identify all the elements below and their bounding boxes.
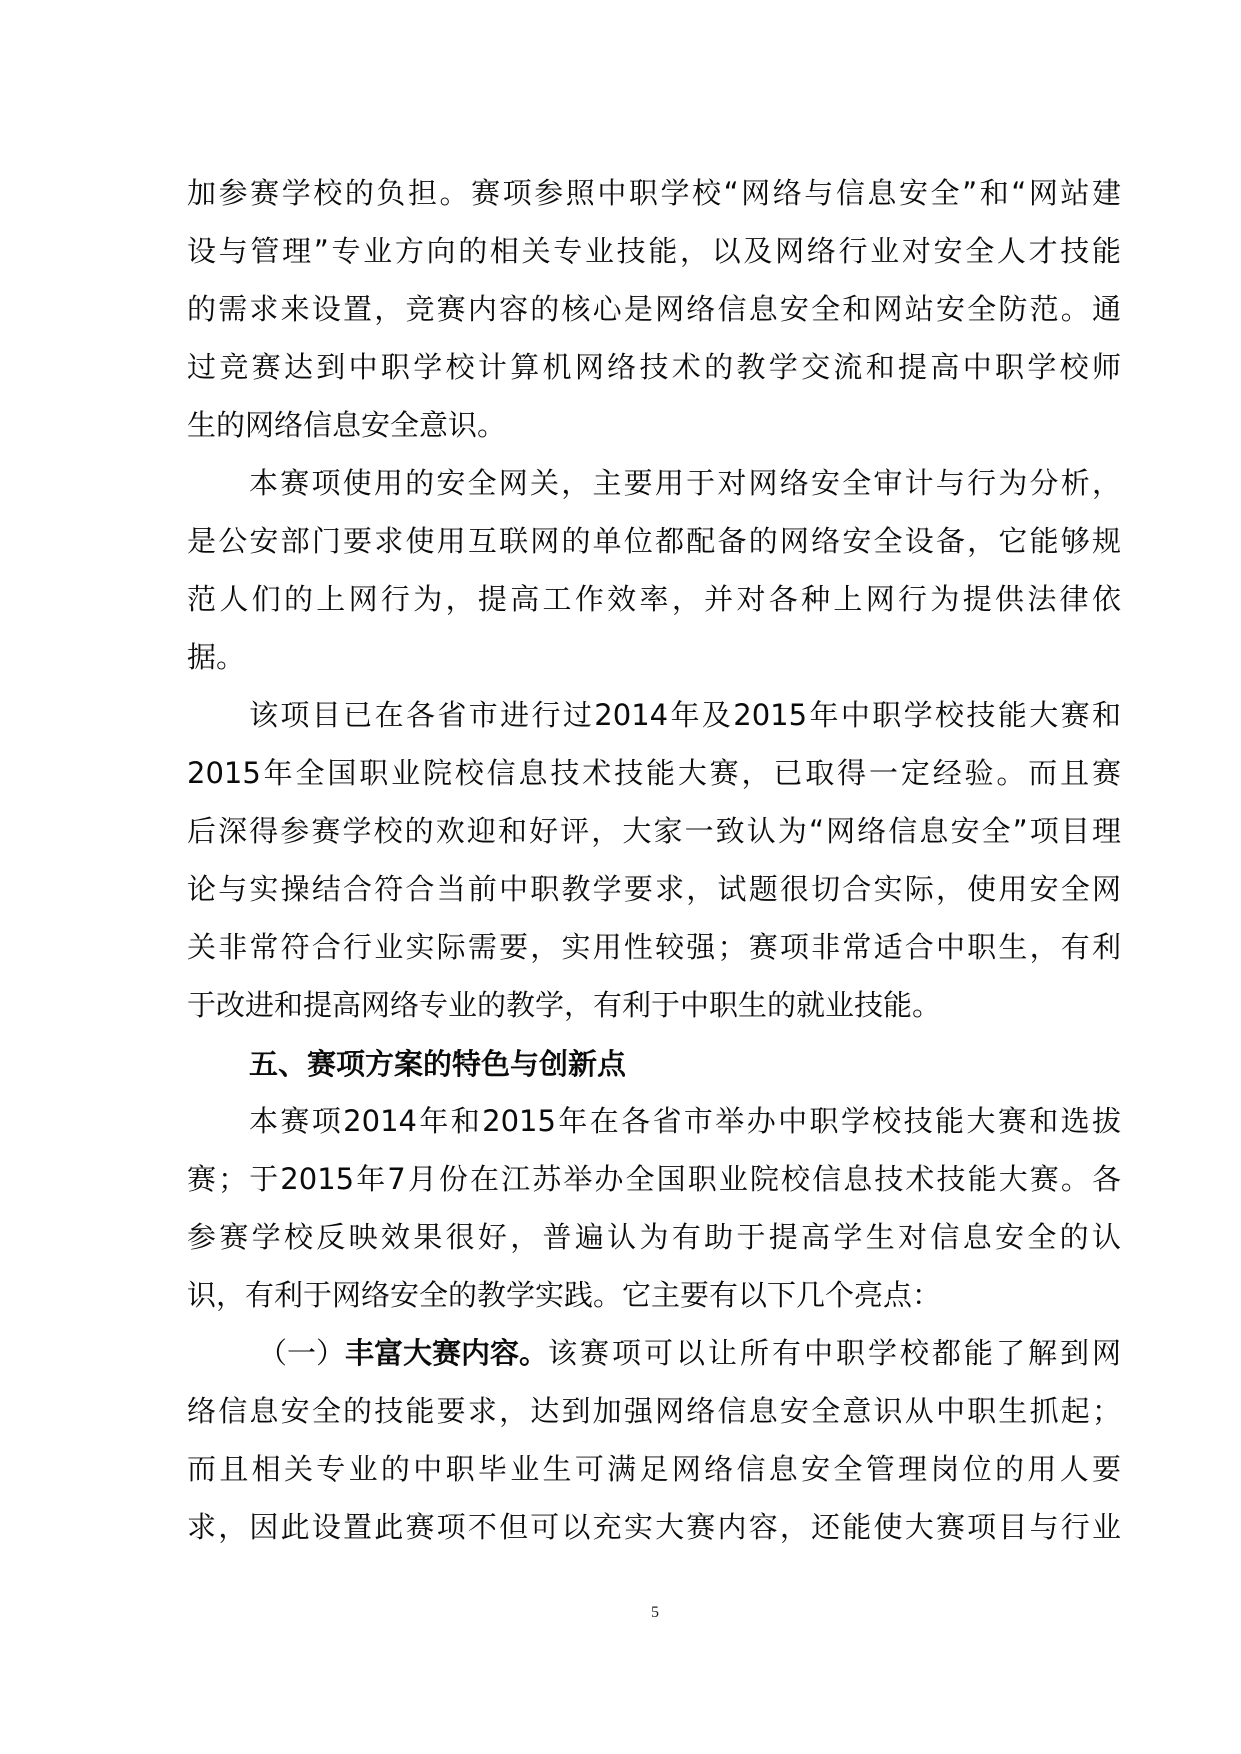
body-line: 识，有利于网络安全的教学实践。它主要有以下几个亮点： [187, 1275, 1121, 1315]
body-line: 过竞赛达到中职学校计算机网络技术的教学交流和提高中职学校师 [187, 347, 1121, 387]
section-heading: 五、赛项方案的特色与创新点 [249, 1044, 1121, 1084]
body-line: 关非常符合行业实际需要，实用性较强；赛项非常适合中职生，有利 [187, 927, 1121, 967]
item-title: 丰富大赛内容。 [345, 1336, 548, 1370]
body-line: 络信息安全的技能要求，达到加强网络信息安全意识从中职生抓起； [187, 1391, 1121, 1431]
body-line: 而且相关专业的中职毕业生可满足网络信息安全管理岗位的用人要 [187, 1449, 1121, 1489]
page-number: 5 [640, 1604, 670, 1622]
body-line: 据。 [187, 637, 1121, 677]
body-line: 后深得参赛学校的欢迎和好评，大家一致认为“网络信息安全”项目理 [187, 811, 1121, 851]
body-line: 该项目已在各省市进行过2014年及2015年中职学校技能大赛和 [249, 695, 1121, 735]
body-line: 加参赛学校的负担。赛项参照中职学校“网络与信息安全”和“网站建 [187, 173, 1121, 213]
body-line: 求，因此设置此赛项不但可以充实大赛内容，还能使大赛项目与行业 [187, 1507, 1121, 1547]
body-line: 2015年全国职业院校信息技术技能大赛，已取得一定经验。而且赛 [187, 753, 1121, 793]
item-text: 该赛项可以让所有中职学校都能了解到网 [548, 1333, 1121, 1373]
body-line: 是公安部门要求使用互联网的单位都配备的网络安全设备，它能够规 [187, 521, 1121, 561]
body-line: 于改进和提高网络专业的教学，有利于中职生的就业技能。 [187, 985, 1121, 1025]
item-number: （一） [258, 1336, 345, 1370]
body-line: 本赛项使用的安全网关，主要用于对网络安全审计与行为分析， [249, 463, 1121, 503]
body-line: 赛；于2015年7月份在江苏举办全国职业院校信息技术技能大赛。各 [187, 1159, 1121, 1199]
body-line: 范人们的上网行为，提高工作效率，并对各种上网行为提供法律依 [187, 579, 1121, 619]
body-line: 的需求来设置，竞赛内容的核心是网络信息安全和网站安全防范。通 [187, 289, 1121, 329]
document-page: 加参赛学校的负担。赛项参照中职学校“网络与信息安全”和“网站建 设与管理”专业方… [0, 0, 1241, 1754]
body-line: 生的网络信息安全意识。 [187, 405, 1121, 445]
body-line: 设与管理”专业方向的相关专业技能，以及网络行业对安全人才技能 [187, 231, 1121, 271]
list-item-1-first-line: （一）丰富大赛内容。 该赛项可以让所有中职学校都能了解到网 [258, 1333, 1121, 1373]
body-line: 本赛项2014年和2015年在各省市举办中职学校技能大赛和选拔 [249, 1101, 1121, 1141]
body-line: 论与实操结合符合当前中职教学要求，试题很切合实际，使用安全网 [187, 869, 1121, 909]
body-line: 参赛学校反映效果很好，普遍认为有助于提高学生对信息安全的认 [187, 1217, 1121, 1257]
